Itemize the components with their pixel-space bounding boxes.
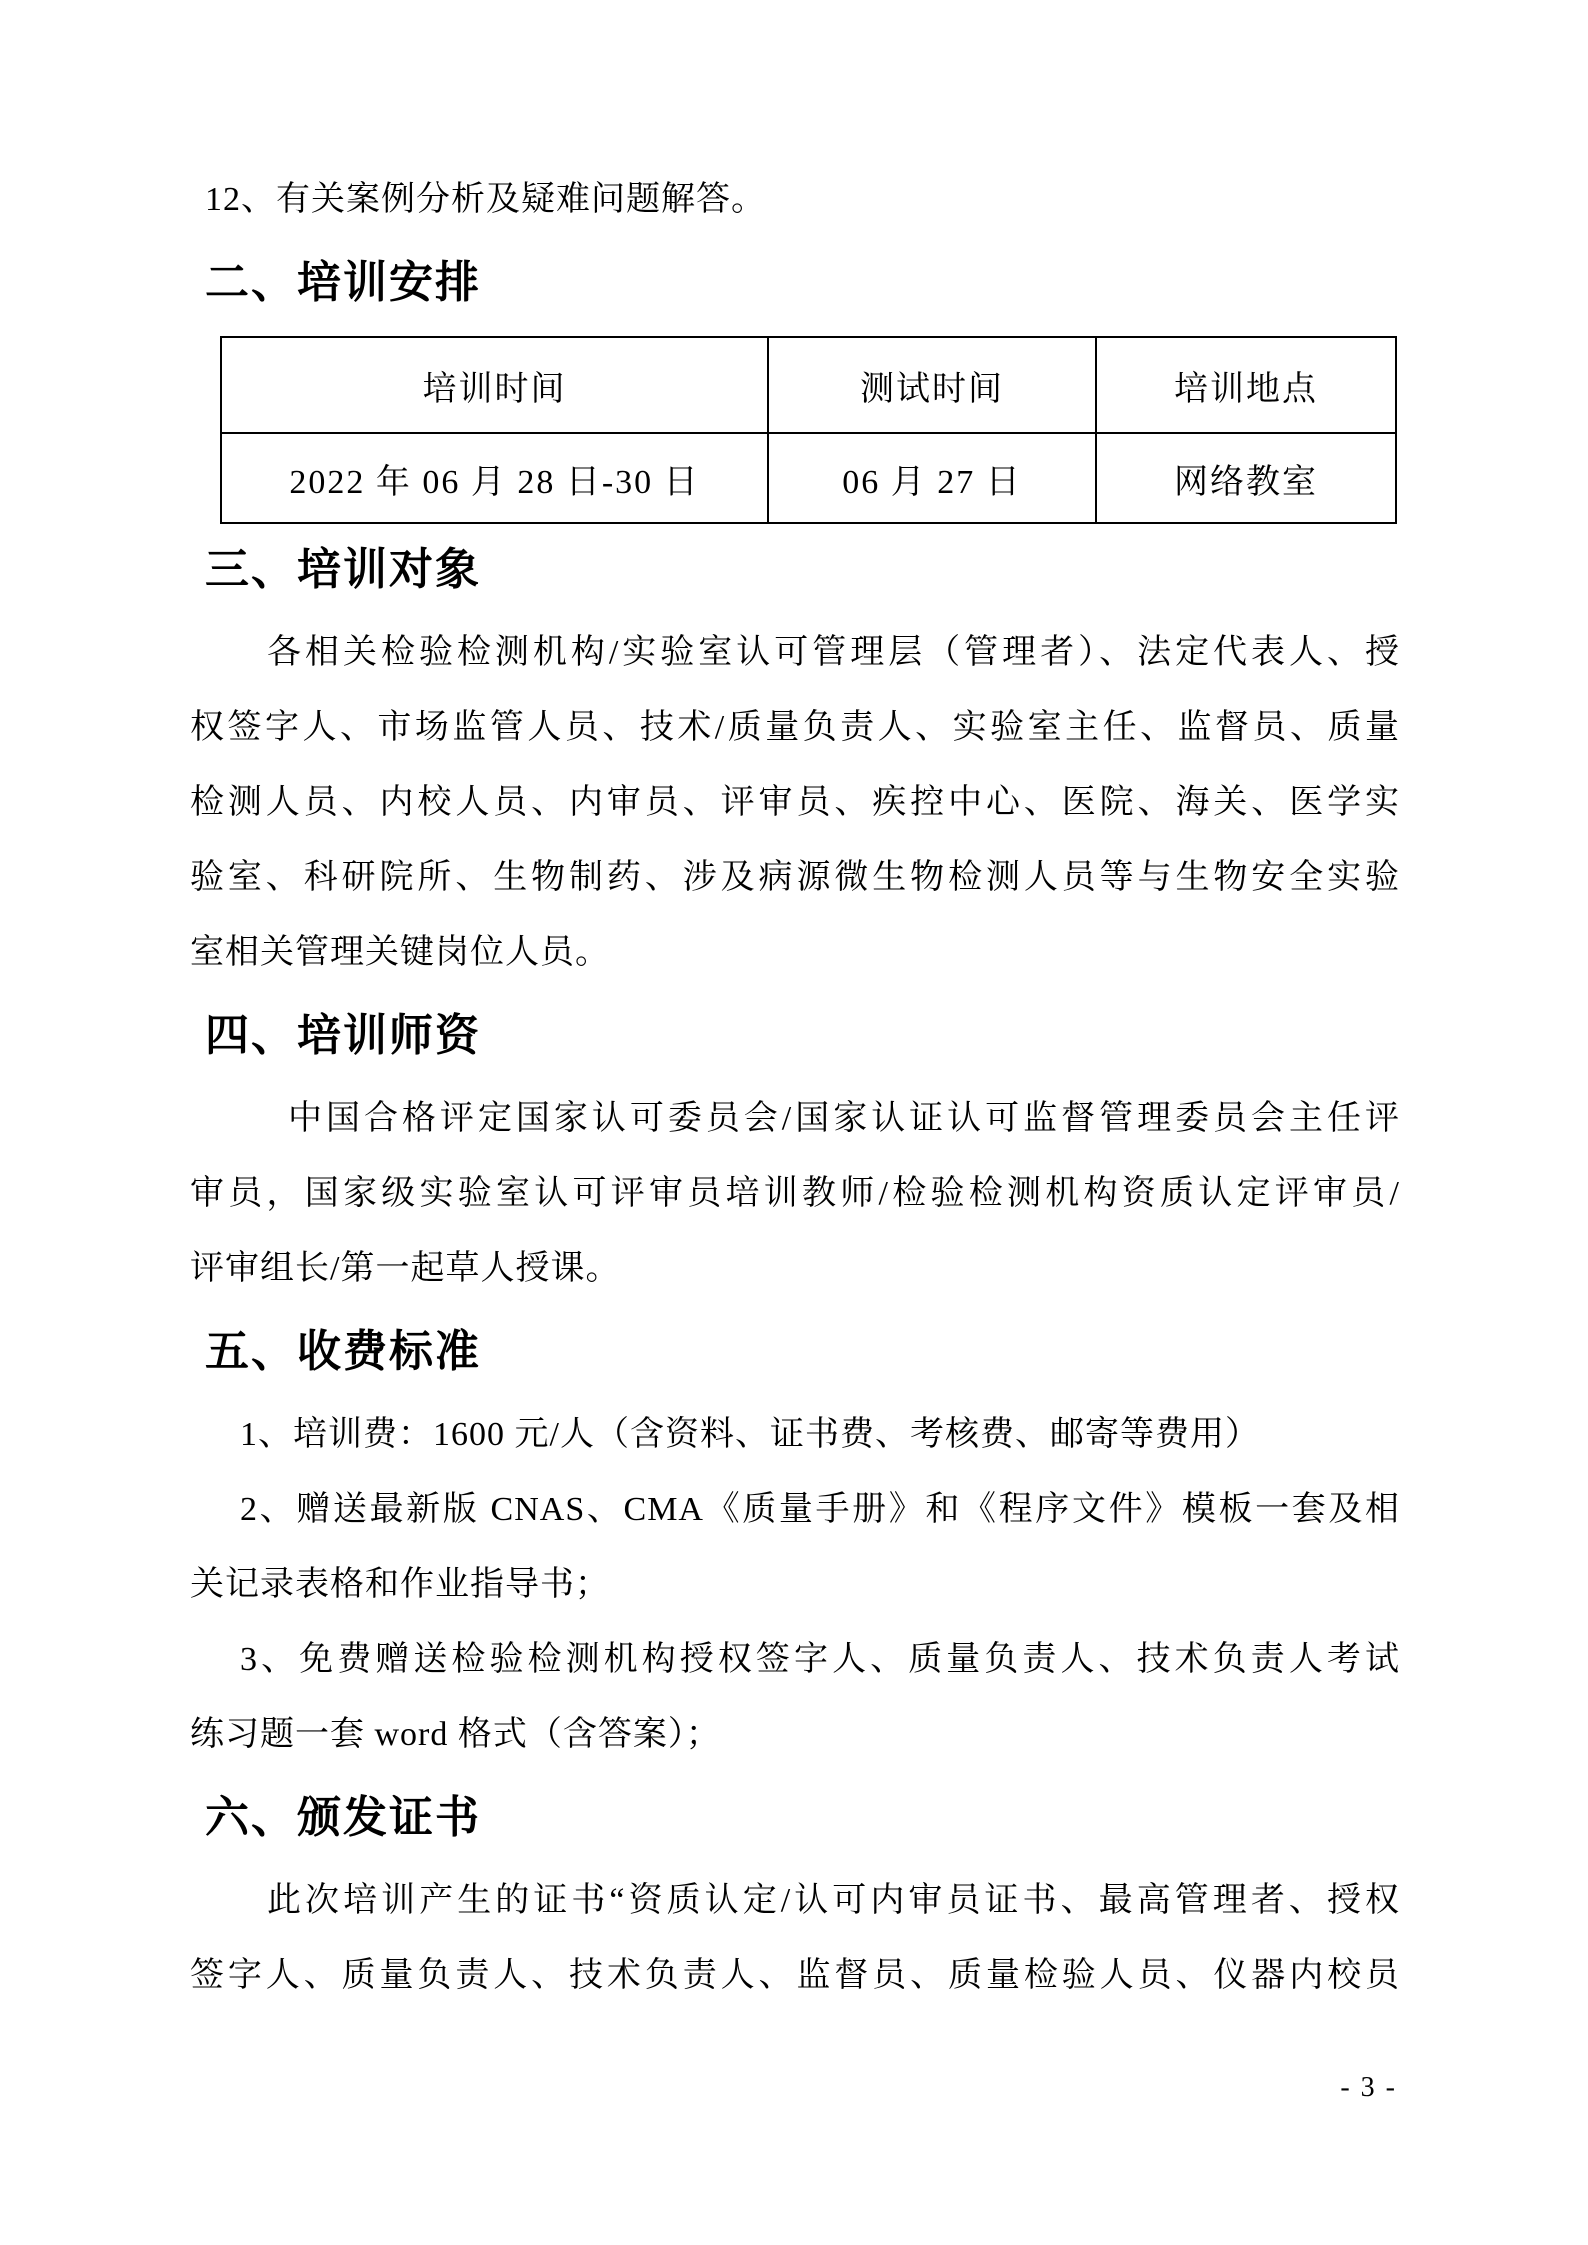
paragraph-line: 室相关管理关键岗位人员。 [190, 915, 1400, 990]
section-heading-4: 四、培训师资 [190, 998, 1400, 1073]
intro-list-item: 12、有关案例分析及疑难问题解答。 [190, 162, 1400, 237]
paragraph-line: 检测人员、内校人员、内审员、评审员、疾控中心、医院、海关、医学实 [190, 765, 1400, 840]
document-content: 12、有关案例分析及疑难问题解答。 二、培训安排 培训时间 测试时间 培训地点 … [190, 0, 1400, 2013]
table-row: 2022 年 06 月 28 日-30 日 06 月 27 日 网络教室 [221, 433, 1396, 523]
section-heading-3: 三、培训对象 [190, 532, 1400, 607]
fee-list-item-continuation: 关记录表格和作业指导书； [190, 1547, 1400, 1622]
section-heading-2: 二、培训安排 [190, 245, 1400, 320]
paragraph-line: 中国合格评定国家认可委员会/国家认证认可监督管理委员会主任评 [190, 1081, 1400, 1156]
table-header-row: 培训时间 测试时间 培训地点 [221, 337, 1396, 433]
paragraph-line: 权签字人、市场监管人员、技术/质量负责人、实验室主任、监督员、质量 [190, 690, 1400, 765]
paragraph-line: 各相关检验检测机构/实验室认可管理层（管理者）、法定代表人、授 [190, 615, 1400, 690]
table-header-location: 培训地点 [1096, 337, 1396, 433]
document-page: 12、有关案例分析及疑难问题解答。 二、培训安排 培训时间 测试时间 培训地点 … [0, 0, 1588, 2245]
paragraph-line: 此次培训产生的证书“资质认定/认可内审员证书、最高管理者、授权 [190, 1863, 1400, 1938]
page-number: - 3 - [1340, 2070, 1397, 2106]
section-heading-5: 五、收费标准 [190, 1314, 1400, 1389]
section-heading-6: 六、颁发证书 [190, 1780, 1400, 1855]
training-schedule-table: 培训时间 测试时间 培训地点 2022 年 06 月 28 日-30 日 06 … [220, 336, 1397, 524]
table-cell-training-time: 2022 年 06 月 28 日-30 日 [221, 433, 768, 523]
fee-list-item-continuation: 练习题一套 word 格式（含答案）； [190, 1697, 1400, 1772]
table-header-test-time: 测试时间 [768, 337, 1096, 433]
paragraph-line: 验室、科研院所、生物制药、涉及病源微生物检测人员等与生物安全实验 [190, 840, 1400, 915]
paragraph-line: 签字人、质量负责人、技术负责人、监督员、质量检验人员、仪器内校员 [190, 1938, 1400, 2013]
paragraph-line: 审员，国家级实验室认可评审员培训教师/检验检测机构资质认定评审员/ [190, 1156, 1400, 1231]
paragraph-line: 评审组长/第一起草人授课。 [190, 1231, 1400, 1306]
fee-list-item: 1、培训费：1600 元/人（含资料、证书费、考核费、邮寄等费用） [190, 1397, 1400, 1472]
fee-list-item: 2、赠送最新版 CNAS、CMA《质量手册》和《程序文件》模板一套及相 [190, 1472, 1400, 1547]
table-cell-test-time: 06 月 27 日 [768, 433, 1096, 523]
table-cell-location: 网络教室 [1096, 433, 1396, 523]
table-header-training-time: 培训时间 [221, 337, 768, 433]
fee-list-item: 3、免费赠送检验检测机构授权签字人、质量负责人、技术负责人考试 [190, 1622, 1400, 1697]
